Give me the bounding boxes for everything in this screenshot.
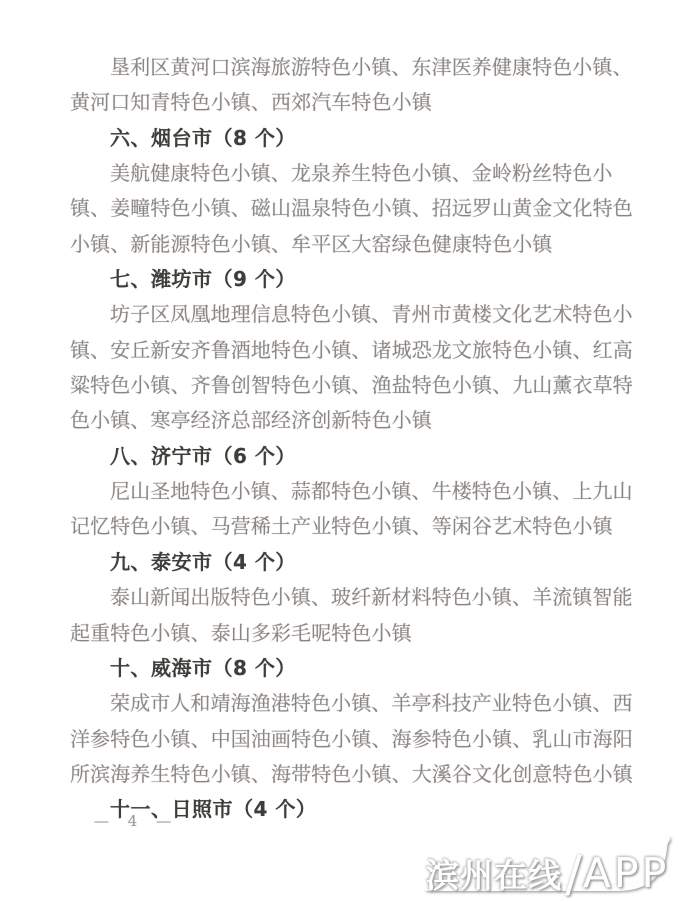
document-line: 美航健康特色小镇、龙泉养生特色小镇、金岭粉丝特色小	[70, 156, 630, 191]
document-line: 泰山新闻出版特色小镇、玻纤新材料特色小镇、羊流镇智能	[70, 580, 630, 615]
document-line: 坊子区凤凰地理信息特色小镇、青州市黄楼文化艺术特色小	[70, 297, 630, 332]
document-line: 垦利区黄河口滨海旅游特色小镇、东津医养健康特色小镇、	[70, 50, 630, 85]
document-page: 垦利区黄河口滨海旅游特色小镇、东津医养健康特色小镇、黄河口知青特色小镇、西郊汽车…	[0, 0, 679, 902]
document-line: 镇、安丘新安齐鲁酒地特色小镇、诸城恐龙文旅特色小镇、红高	[70, 333, 630, 368]
section-heading: 七、潍坊市（9 个）	[70, 262, 630, 297]
watermark: 滨州在线 / APP	[419, 835, 675, 899]
document-line: 尼山圣地特色小镇、蒜都特色小镇、牛楼特色小镇、上九山	[70, 474, 630, 509]
document-line: 洋参特色小镇、中国油画特色小镇、海参特色小镇、乳山市海阳	[70, 722, 630, 757]
document-line: 粱特色小镇、齐鲁创智特色小镇、渔盐特色小镇、九山薰衣草特	[70, 368, 630, 403]
document-line: 小镇、新能源特色小镇、牟平区大窑绿色健康特色小镇	[70, 227, 630, 262]
section-heading: 十、威海市（8 个）	[70, 651, 630, 686]
document-line: 记忆特色小镇、马营稀土产业特色小镇、等闲谷艺术特色小镇	[70, 509, 630, 544]
section-heading: 九、泰安市（4 个）	[70, 545, 630, 580]
document-line: 荣成市人和靖海渔港特色小镇、羊亭科技产业特色小镇、西	[70, 686, 630, 721]
document-line: 色小镇、寒亭经济总部经济创新特色小镇	[70, 403, 630, 438]
document-lines: 垦利区黄河口滨海旅游特色小镇、东津医养健康特色小镇、黄河口知青特色小镇、西郊汽车…	[70, 50, 630, 828]
document-line: 镇、姜疃特色小镇、磁山温泉特色小镇、招远罗山黄金文化特色	[70, 191, 630, 226]
document-line: 黄河口知青特色小镇、西郊汽车特色小镇	[70, 85, 630, 120]
watermark-slash-icon: /	[565, 845, 582, 902]
watermark-cn-text: 滨州在线	[426, 850, 562, 897]
watermark-en-text: APP	[583, 849, 670, 897]
page-number: — 4 —	[94, 812, 178, 830]
document-line: 所滨海养生特色小镇、海带特色小镇、大溪谷文化创意特色小镇	[70, 757, 630, 792]
document-line: 起重特色小镇、泰山多彩毛呢特色小镇	[70, 616, 630, 651]
section-heading: 六、烟台市（8 个）	[70, 121, 630, 156]
section-heading: 八、济宁市（6 个）	[70, 439, 630, 474]
watermark-text: 滨州在线 / APP	[426, 841, 669, 899]
